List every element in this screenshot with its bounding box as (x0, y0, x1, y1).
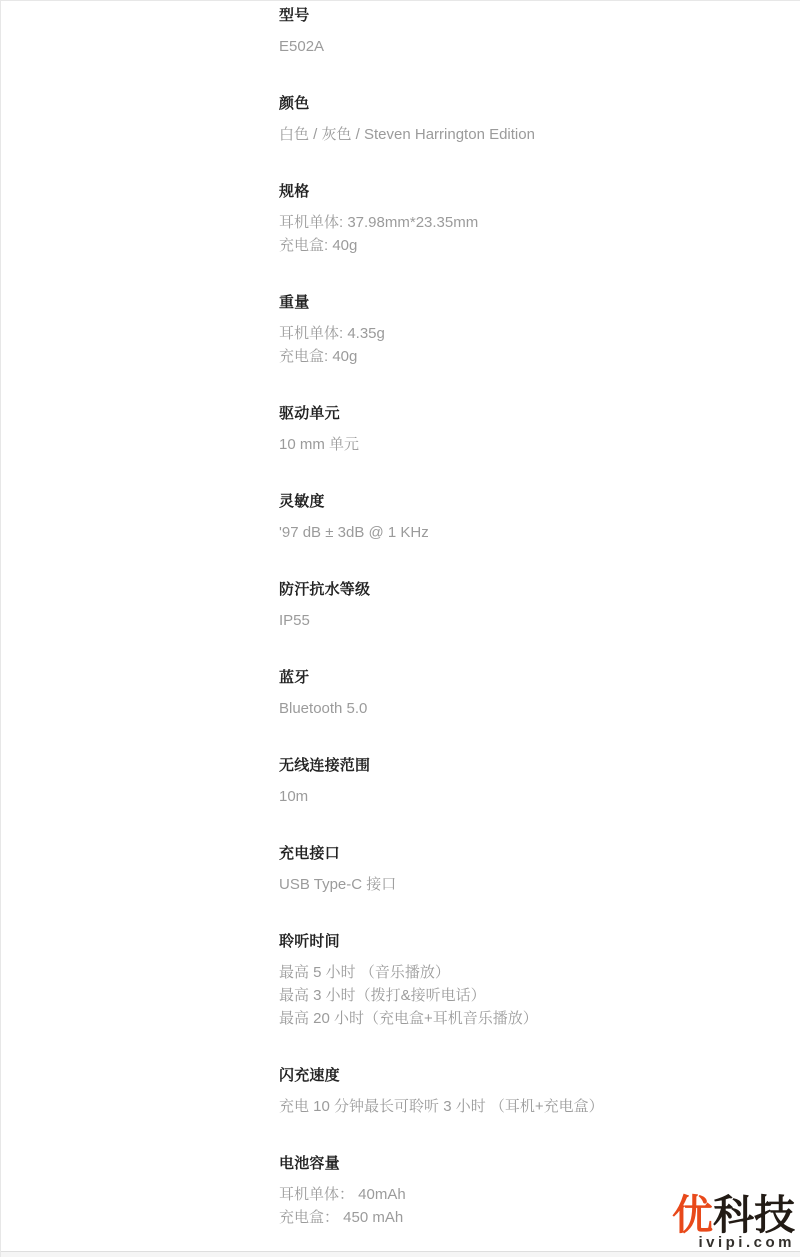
spec-value: USB Type-C 接口 (279, 873, 780, 896)
spec-page: 型号 E502A 颜色 白色 / 灰色 / Steven Harrington … (0, 0, 800, 1257)
spec-section-fast-charge: 闪充速度 充电 10 分钟最长可聆听 3 小时 （耳机+充电盒） (279, 1064, 780, 1118)
spec-label: 灵敏度 (279, 490, 780, 513)
spec-value: IP55 (279, 609, 780, 632)
watermark-logo: 优科技 ivipi.com (672, 1195, 795, 1250)
spec-section-model: 型号 E502A (279, 4, 780, 58)
spec-section-wireless-range: 无线连接范围 10m (279, 754, 780, 808)
spec-value: 充电 10 分钟最长可聆听 3 小时 （耳机+充电盒） (279, 1095, 780, 1118)
watermark-brand-text: 优科技 (672, 1195, 795, 1235)
spec-label: 充电接口 (279, 842, 780, 865)
spec-value: 白色 / 灰色 / Steven Harrington Edition (279, 123, 780, 146)
spec-value: 10m (279, 785, 780, 808)
spec-section-bluetooth: 蓝牙 Bluetooth 5.0 (279, 666, 780, 720)
spec-label: 规格 (279, 180, 780, 203)
spec-label: 驱动单元 (279, 402, 780, 425)
spec-value: 充电盒: 40g (279, 345, 780, 368)
watermark-brand-first-char: 优 (672, 1192, 713, 1238)
spec-list: 型号 E502A 颜色 白色 / 灰色 / Steven Harrington … (1, 1, 800, 1229)
spec-value: 最高 3 小时（拨打&接听电话） (279, 984, 780, 1007)
spec-value: 最高 5 小时 （音乐播放） (279, 961, 780, 984)
spec-label: 型号 (279, 4, 780, 27)
bottom-border-strip (1, 1251, 800, 1257)
spec-value: 10 mm 单元 (279, 433, 780, 456)
watermark-brand-rest: 科技 (713, 1192, 795, 1238)
spec-section-sensitivity: 灵敏度 '97 dB ± 3dB @ 1 KHz (279, 490, 780, 544)
spec-value: 充电盒: 40g (279, 234, 780, 257)
spec-value: 耳机单体: 4.35g (279, 322, 780, 345)
spec-value: Bluetooth 5.0 (279, 697, 780, 720)
spec-label: 蓝牙 (279, 666, 780, 689)
spec-section-charging-port: 充电接口 USB Type-C 接口 (279, 842, 780, 896)
spec-label: 闪充速度 (279, 1064, 780, 1087)
spec-label: 无线连接范围 (279, 754, 780, 777)
spec-label: 电池容量 (279, 1152, 780, 1175)
spec-label: 防汗抗水等级 (279, 578, 780, 601)
spec-label: 颜色 (279, 92, 780, 115)
spec-section-weight: 重量 耳机单体: 4.35g 充电盒: 40g (279, 291, 780, 368)
spec-value: 耳机单体: 37.98mm*23.35mm (279, 211, 780, 234)
spec-value: 最高 20 小时（充电盒+耳机音乐播放） (279, 1007, 780, 1030)
spec-section-dimensions: 规格 耳机单体: 37.98mm*23.35mm 充电盒: 40g (279, 180, 780, 257)
spec-section-driver: 驱动单元 10 mm 单元 (279, 402, 780, 456)
spec-label: 聆听时间 (279, 930, 780, 953)
spec-section-color: 颜色 白色 / 灰色 / Steven Harrington Edition (279, 92, 780, 146)
spec-value: E502A (279, 35, 780, 58)
spec-label: 重量 (279, 291, 780, 314)
spec-section-water-resistance: 防汗抗水等级 IP55 (279, 578, 780, 632)
spec-section-listening-time: 聆听时间 最高 5 小时 （音乐播放） 最高 3 小时（拨打&接听电话） 最高 … (279, 930, 780, 1030)
spec-value: '97 dB ± 3dB @ 1 KHz (279, 521, 780, 544)
